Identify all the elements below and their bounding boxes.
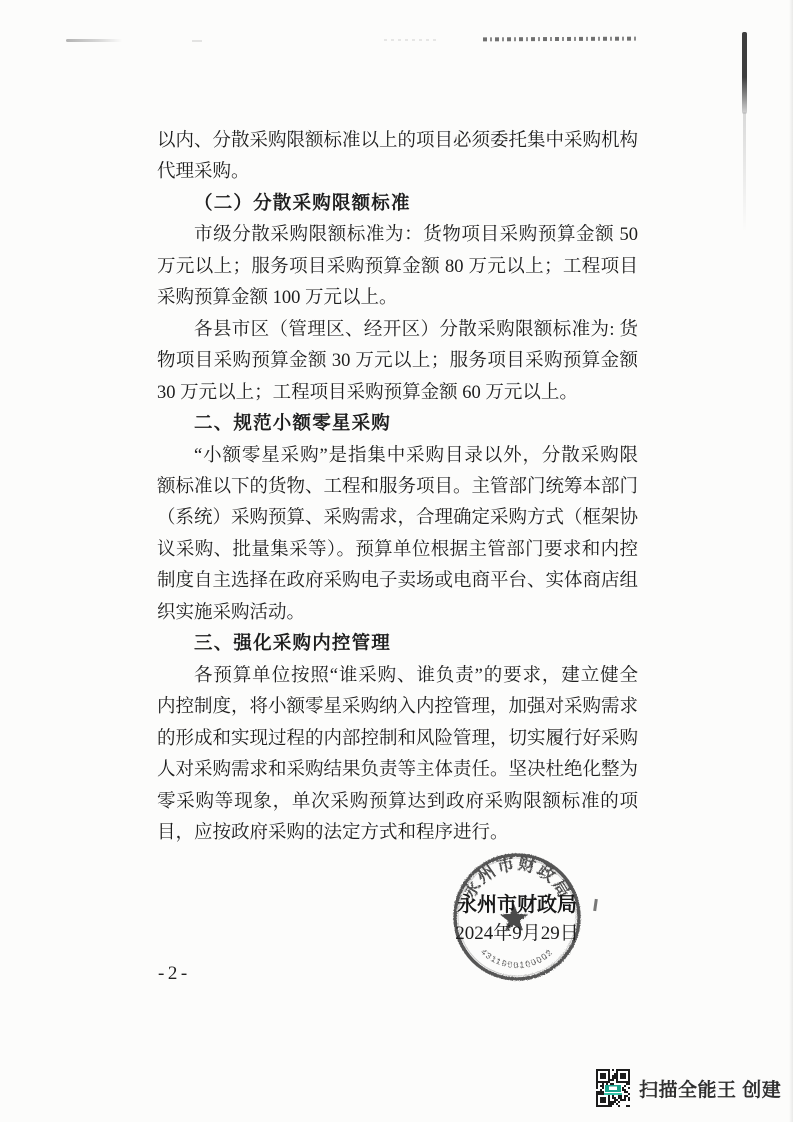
text-line: 额标准以下的货物、工程和服务项目。主管部门统筹本部门 [157,472,638,503]
text-line: 制度自主选择在政府采购电子卖场或电商平台、实体商店组 [157,566,638,597]
text-line: （系统）采购预算、采购需求，合理确定采购方式（框架协 [157,503,638,534]
text-line: 的形成和实现过程的内部控制和风险管理，切实履行好采购 [157,724,638,755]
seal-code: 4311000100002 [479,947,555,970]
text-line: 人对采购需求和采购结果负责等主体责任。坚决杜绝化整为 [157,755,638,786]
scan-streak-artifact [743,112,746,232]
text-line: 采购预算金额 100 万元以上。 [157,283,638,314]
document-body: 以内、分散采购限额标准以上的项目必须委托集中采购机构代理采购。（二）分散采购限额… [157,126,638,849]
issue-date: 2024年9月29日 [432,918,602,945]
qr-code-icon [596,1069,630,1107]
scanner-watermark: 扫描全能王 创建 [596,1069,781,1107]
watermark-label: 扫描全能王 创建 [639,1075,781,1102]
scan-smudge-artifact [66,39,122,42]
text-line: 织实施采购活动。 [157,598,638,629]
section-heading: 三、强化采购内控管理 [157,629,638,660]
text-line: 物项目采购预算金额 30 万元以上；服务项目采购预算金额 [157,346,638,377]
scan-smudge-artifact [384,39,438,41]
section-heading: 二、规范小额零星采购 [157,409,638,440]
text-line: 议采购、批量集采等）。预算单位根据主管部门要求和内控 [157,535,638,566]
text-line: 各预算单位按照“谁采购、谁负责”的要求，建立健全 [157,661,638,692]
text-line: 零采购等现象，单次采购预算达到政府采购限额标准的项 [157,787,638,818]
text-line: 市级分散采购限额标准为：货物项目采购预算金额 50 [157,220,638,251]
page-number: -2- [158,963,191,985]
official-seal: 永州市财政局 4311000100002 [449,849,585,985]
text-line: 各县市区（管理区、经开区）分散采购限额标准为: 货 [157,315,638,346]
scan-streak-artifact [742,32,747,114]
document-page: 以内、分散采购限额标准以上的项目必须委托集中采购机构代理采购。（二）分散采购限额… [0,0,793,1122]
issuer-name: 永州市财政局 [449,888,585,917]
scan-tick-artifact [593,899,597,911]
scan-smudge-artifact [192,40,202,42]
text-line: 代理采购。 [157,157,638,188]
text-line: 万元以上；服务项目采购预算金额 80 万元以上；工程项目 [157,252,638,283]
scan-smudge-artifact [483,37,639,41]
text-line: 内控制度，将小额零星采购纳入内控管理，加强对采购需求 [157,692,638,723]
text-line: 目，应按政府采购的法定方式和程序进行。 [157,818,638,849]
page-edge-shadow [789,0,793,1122]
section-heading: （二）分散采购限额标准 [157,189,638,220]
text-line: 以内、分散采购限额标准以上的项目必须委托集中采购机构 [157,126,638,157]
text-line: 30 万元以上；工程项目采购预算金额 60 万元以上。 [157,378,638,409]
text-line: “小额零星采购”是指集中采购目录以外，分散采购限 [157,441,638,472]
